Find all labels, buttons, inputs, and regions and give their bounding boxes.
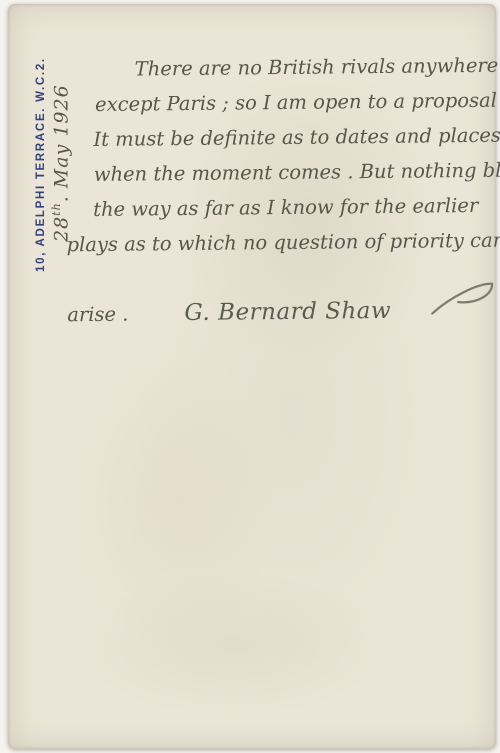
letter-line: except Paris ; so I am open to a proposa…	[65, 83, 497, 123]
scan-background: 10, ADELPHI TERRACE. W.C.2. 28th. May 19…	[0, 0, 500, 753]
postcard: 10, ADELPHI TERRACE. W.C.2. 28th. May 19…	[8, 4, 496, 749]
letter-line: arise .	[67, 297, 129, 333]
letter-line: plays as to which no question of priorit…	[66, 223, 498, 263]
letter-line: the way as far as I know for the earlier	[66, 188, 498, 228]
letter-line: It must be definite as to dates and plac…	[65, 118, 497, 158]
signature-row: arise . G. Bernard Shaw	[67, 272, 500, 333]
letter-line: when the moment comes . But nothing bloc…	[66, 153, 498, 193]
letter-body: There are no British rivals anywhere exc…	[65, 48, 500, 333]
date-ordinal-suffix: th	[50, 202, 63, 216]
printed-letterhead-address: 10, ADELPHI TERRACE. W.C.2.	[35, 57, 47, 272]
signature: G. Bernard Shaw	[184, 294, 391, 331]
letter-line: There are no British rivals anywhere	[65, 48, 497, 88]
signature-flourish-icon	[429, 272, 497, 317]
